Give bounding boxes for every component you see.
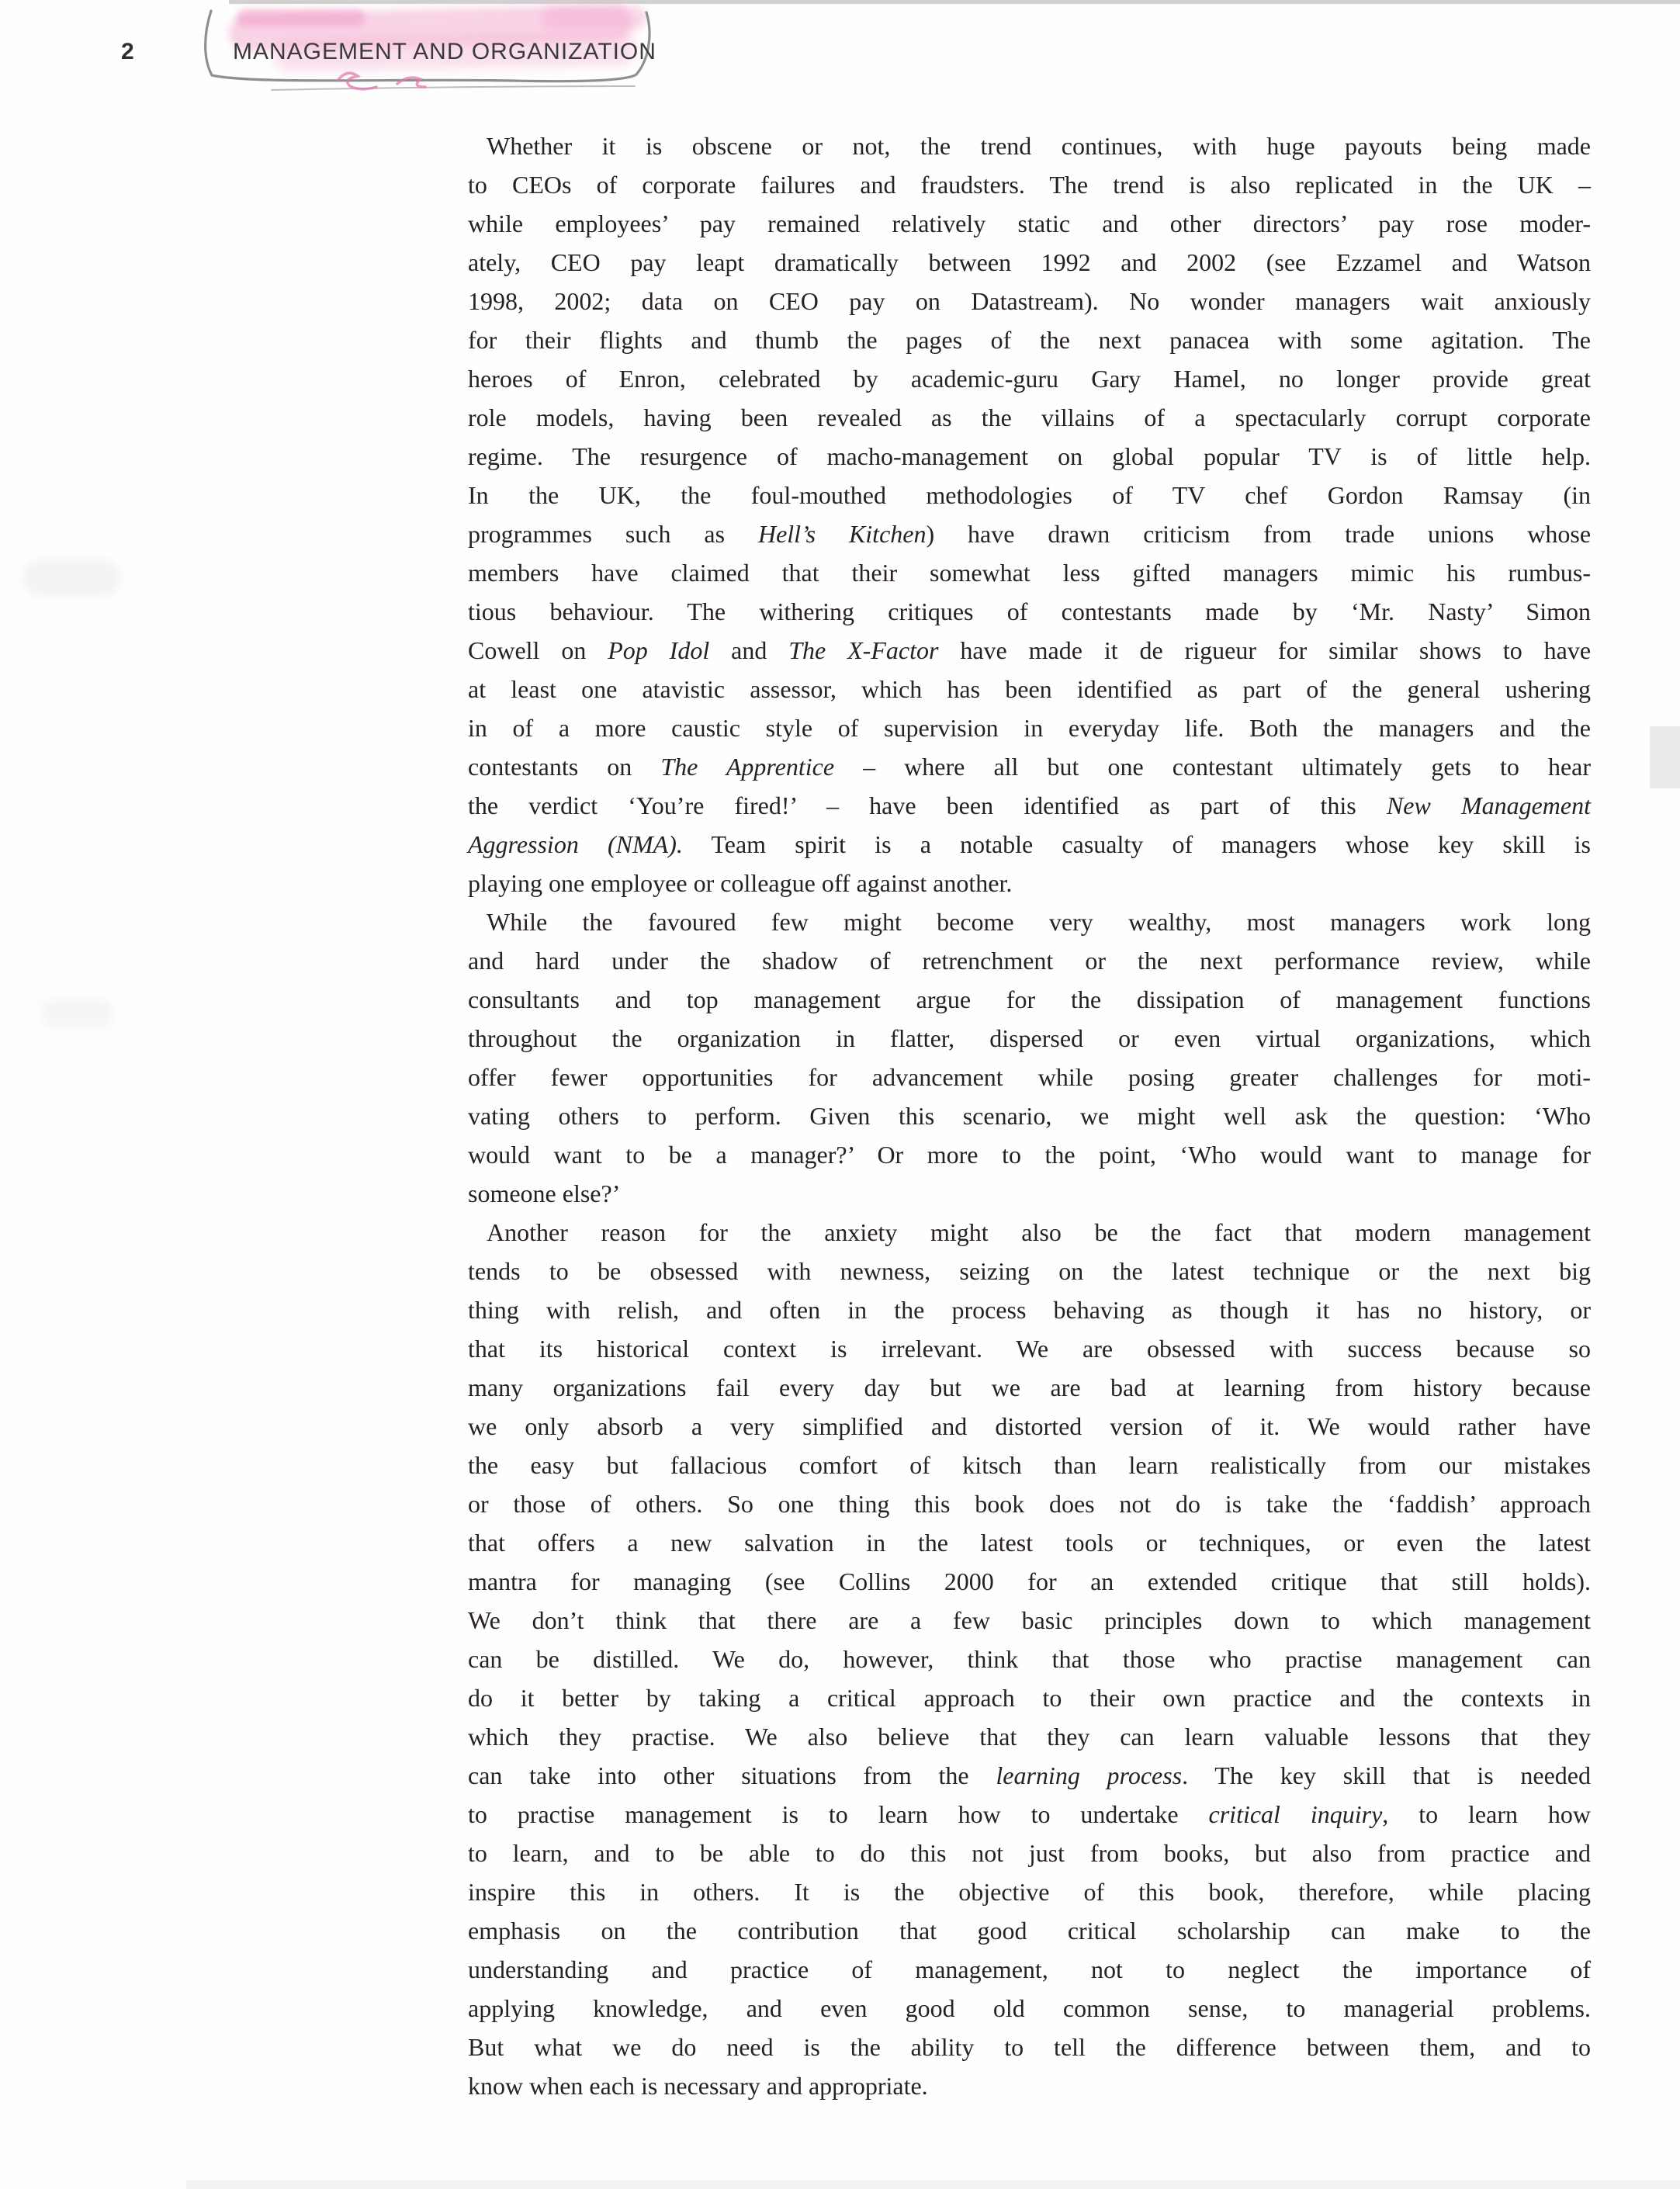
text-line: to practise management is to learn how t… [468,1795,1591,1834]
text-line: applying knowledge, and even good old co… [468,1989,1591,2028]
text-line: contestants on The Apprentice – where al… [468,747,1591,786]
pink-pen-squiggle-icon [326,62,458,105]
text-line: the verdict ‘You’re fired!’ – have been … [468,786,1591,825]
body-text: Whether it is obscene or not, the trend … [468,126,1591,2105]
text-line: ately, CEO pay leapt dramatically betwee… [468,243,1591,282]
text-line: can take into other situations from the … [468,1756,1591,1795]
scan-artifact [40,999,114,1027]
text-line: playing one employee or colleague off ag… [468,864,1591,902]
text-line: 1998, 2002; data on CEO pay on Datastrea… [468,282,1591,320]
text-line: regime. The resurgence of macho-manageme… [468,437,1591,476]
text-line: emphasis on the contribution that good c… [468,1911,1591,1950]
text-line: Aggression (NMA). Team spirit is a notab… [468,825,1591,864]
text-line: consultants and top management argue for… [468,980,1591,1019]
text-line: tends to be obsessed with newness, seizi… [468,1252,1591,1290]
text-line: someone else?’ [468,1174,1591,1213]
page-number: 2 [121,39,134,65]
text-line: the easy but fallacious comfort of kitsc… [468,1446,1591,1484]
text-line: throughout the organization in flatter, … [468,1019,1591,1058]
text-line: role models, having been revealed as the… [468,398,1591,437]
scan-edge-bottom [186,2180,1680,2189]
text-line: or those of others. So one thing this bo… [468,1484,1591,1523]
scan-artifact [23,560,120,596]
text-line: in of a more caustic style of supervisio… [468,708,1591,747]
text-line: In the UK, the foul-mouthed methodologie… [468,476,1591,514]
text-line: understanding and practice of management… [468,1950,1591,1989]
text-line: heroes of Enron, celebrated by academic-… [468,359,1591,398]
text-line: We don’t think that there are a few basi… [468,1601,1591,1640]
text-line: While the favoured few might become very… [468,902,1591,941]
book-page-scan: 2 MANAGEMENT AND ORGANIZATION Whether it… [0,0,1680,2189]
text-line: members have claimed that their somewhat… [468,553,1591,592]
text-line: vating others to perform. Given this sce… [468,1096,1591,1135]
text-line: inspire this in others. It is the object… [468,1872,1591,1911]
text-line: would want to be a manager?’ Or more to … [468,1135,1591,1174]
text-line: to learn, and to be able to do this not … [468,1834,1591,1872]
text-line: that offers a new salvation in the lates… [468,1523,1591,1562]
running-head: MANAGEMENT AND ORGANIZATION [233,39,656,65]
text-line: programmes such as Hell’s Kitchen) have … [468,514,1591,553]
text-line: while employees’ pay remained relatively… [468,204,1591,243]
text-line: and hard under the shadow of retrenchmen… [468,941,1591,980]
text-line: we only absorb a very simplified and dis… [468,1407,1591,1446]
text-line: Whether it is obscene or not, the trend … [468,126,1591,165]
text-line: offer fewer opportunities for advancemen… [468,1058,1591,1096]
text-line: tious behaviour. The withering critiques… [468,592,1591,631]
text-line: know when each is necessary and appropri… [468,2066,1591,2105]
text-line: many organizations fail every day but we… [468,1368,1591,1407]
text-line: mantra for managing (see Collins 2000 fo… [468,1562,1591,1601]
text-line: thing with relish, and often in the proc… [468,1290,1591,1329]
text-line: at least one atavistic assessor, which h… [468,670,1591,708]
text-line: can be distilled. We do, however, think … [468,1640,1591,1678]
scan-artifact [1650,726,1680,788]
text-line: Another reason for the anxiety might als… [468,1213,1591,1252]
text-line: do it better by taking a critical approa… [468,1678,1591,1717]
text-line: that its historical context is irrelevan… [468,1329,1591,1368]
text-line: which they practise. We also believe tha… [468,1717,1591,1756]
text-line: for their flights and thumb the pages of… [468,320,1591,359]
text-line: Cowell on Pop Idol and The X-Factor have… [468,631,1591,670]
text-line: to CEOs of corporate failures and frauds… [468,165,1591,204]
text-line: But what we do need is the ability to te… [468,2028,1591,2066]
